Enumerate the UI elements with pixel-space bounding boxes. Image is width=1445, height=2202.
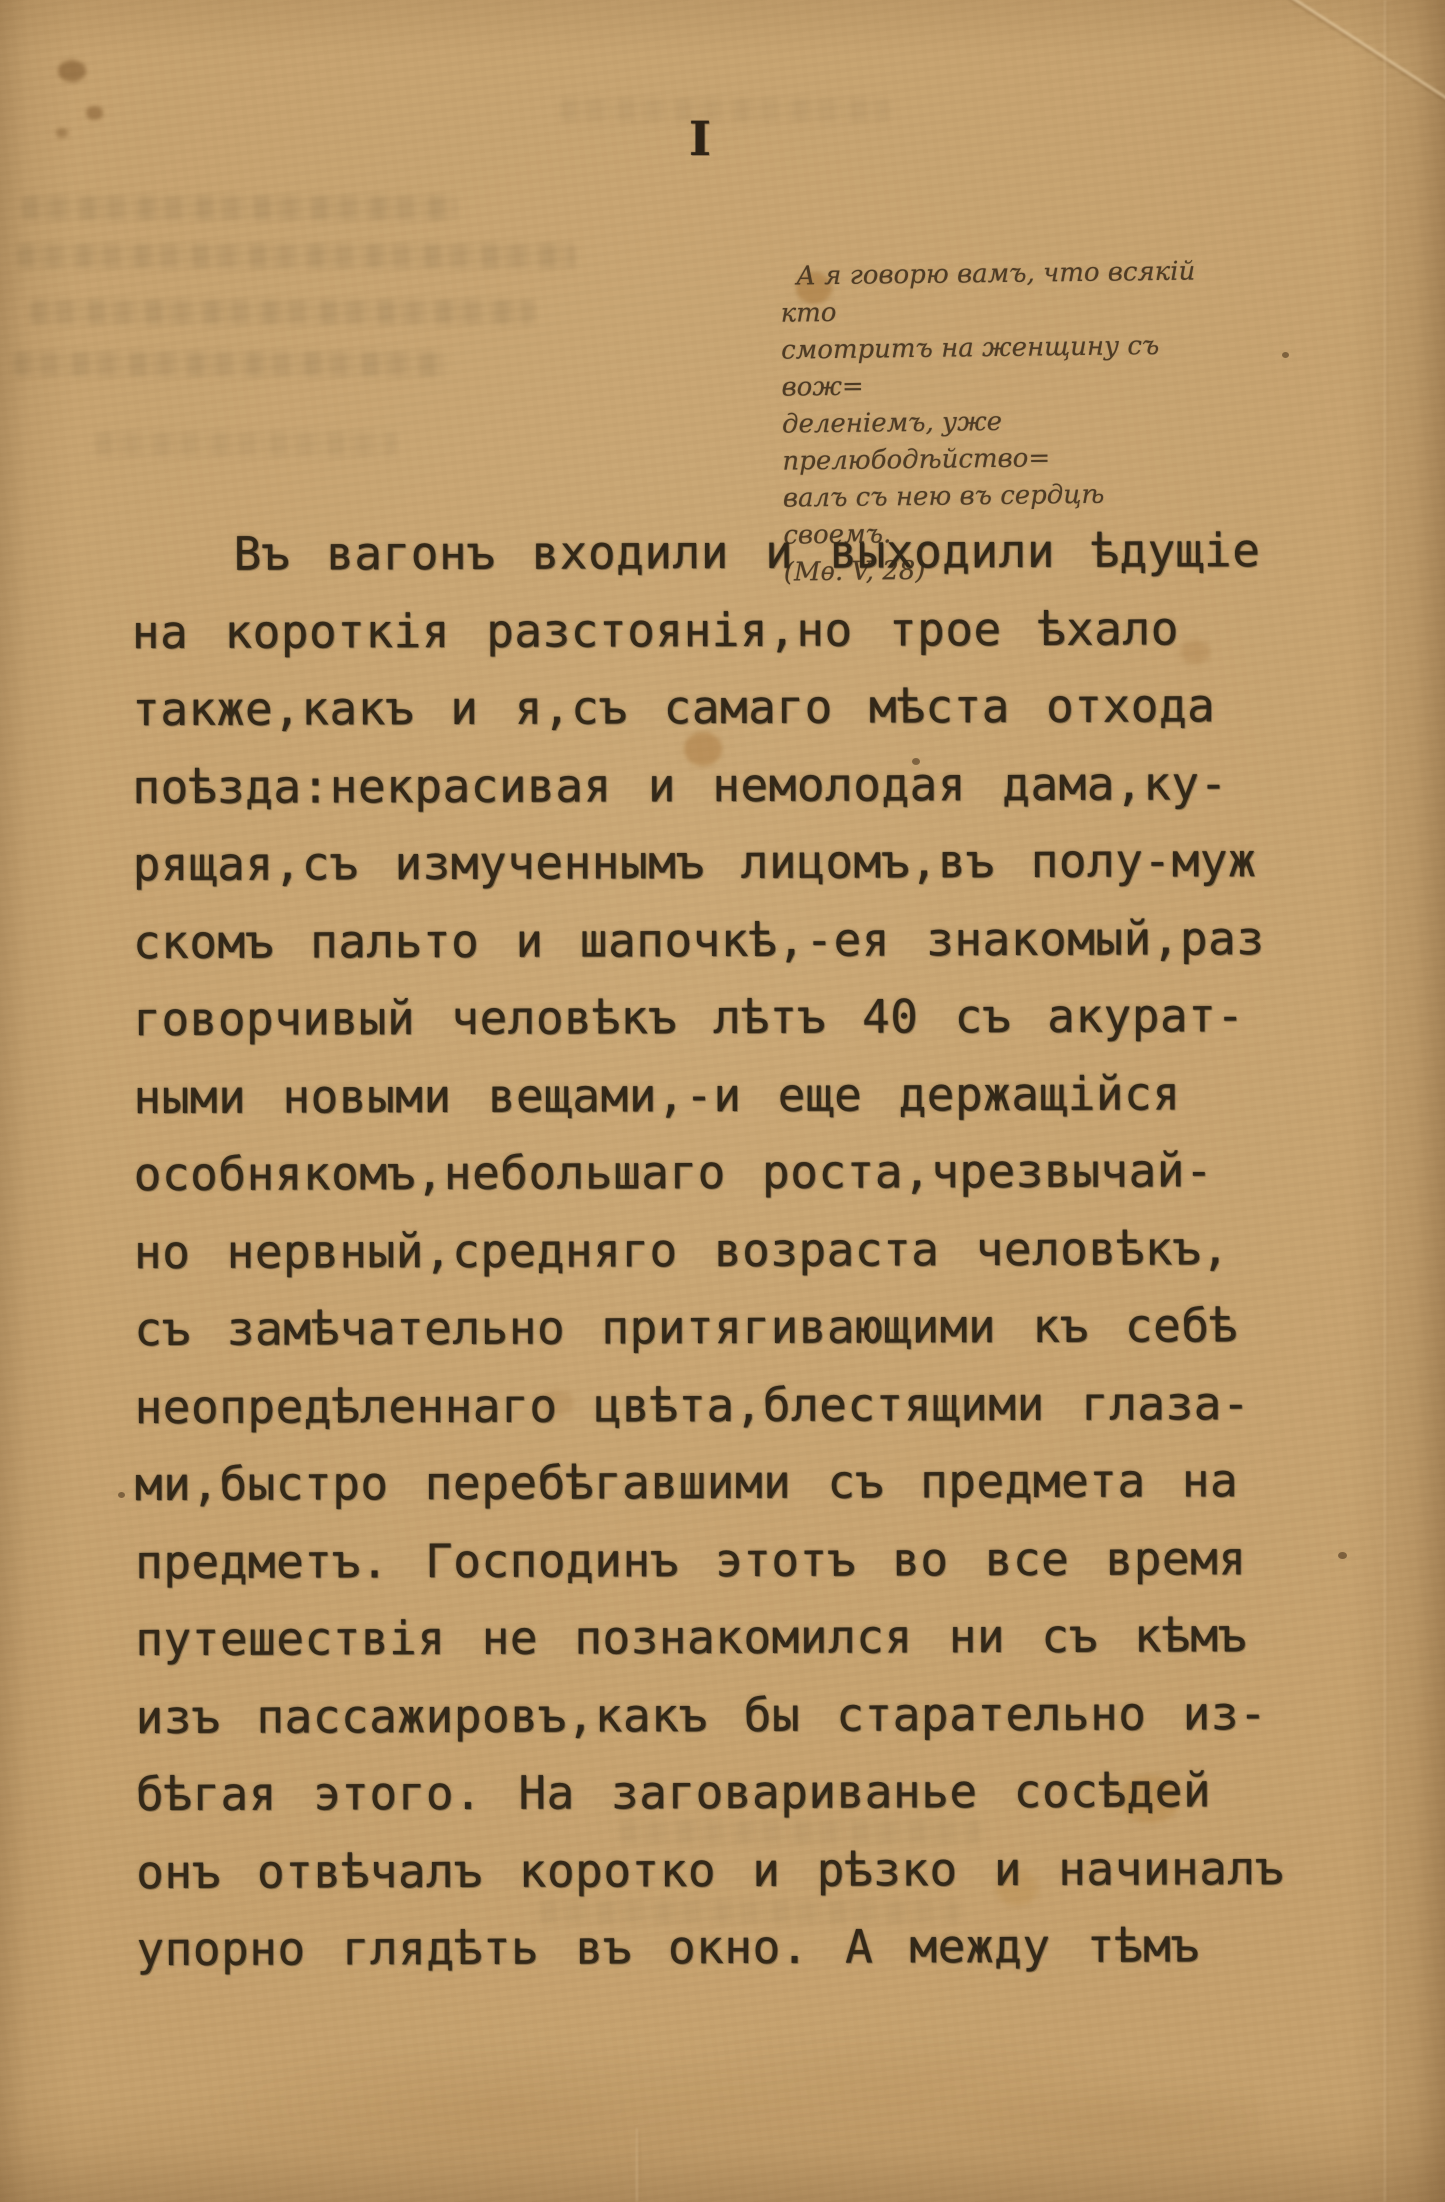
corner-fold-crease	[1266, 0, 1445, 111]
bleedthrough-smudge	[14, 352, 446, 376]
epigraph-line: А я говорю вамъ, что всякій кто	[780, 253, 1211, 332]
bottom-crease	[636, 2128, 638, 2202]
body-line: Въ вагонъ входили и выходили ѣдущіе	[131, 512, 1341, 594]
body-line: скомъ пальто и шапочкѣ,-ея знакомый,раз	[133, 899, 1343, 981]
epigraph-line: смотритъ на женщину съ вож=	[781, 327, 1212, 406]
bleedthrough-smudge	[96, 432, 396, 456]
body-line: путешествія не познакомился ни съ кѣмъ	[135, 1597, 1345, 1679]
body-line: на короткія разстоянія,но трое ѣхало	[132, 589, 1342, 671]
paper-stain	[58, 60, 86, 82]
paper-stain	[86, 106, 103, 120]
body-line: но нервный,средняго возраста человѣкъ,	[134, 1209, 1344, 1291]
paper-stain	[56, 128, 68, 138]
body-line: предметъ. Господинъ этотъ во все время	[135, 1519, 1345, 1601]
manuscript-page: I А я говорю вамъ, что всякій кто смотри…	[0, 0, 1445, 2202]
body-line: съ замѣчательно притягивающими къ себѣ	[134, 1287, 1344, 1369]
body-line: упорно глядѣть въ окно. А между тѣмъ	[136, 1907, 1346, 1989]
body-line: особнякомъ,небольшаго роста,чрезвычай-	[134, 1132, 1344, 1214]
bleedthrough-smudge	[22, 196, 457, 220]
body-line: бѣгая этого. На заговариванье сосѣдей	[136, 1752, 1346, 1834]
bleedthrough-smudge	[18, 244, 576, 268]
body-line: ными новыми вещами,-и еще держащійся	[133, 1054, 1343, 1136]
page-edge-crease	[1384, 0, 1386, 2202]
ink-speck	[118, 1492, 125, 1498]
body-line: рящая,съ измученнымъ лицомъ,въ полу-муж	[133, 822, 1343, 904]
body-line: поѣзда:некрасивая и немолодая дама,ку-	[132, 744, 1342, 826]
body-line: ми,быстро перебѣгавшими съ предмета на	[135, 1442, 1345, 1524]
body-text: Въ вагонъ входили и выходили ѣдущіе на к…	[131, 512, 1346, 1989]
body-line: также,какъ и я,съ самаго мѣста отхода	[132, 667, 1342, 749]
epigraph-line: деленіемъ, уже прелюбодѣйство=	[782, 401, 1213, 480]
body-line: говорчивый человѣкъ лѣтъ 40 съ акурат-	[133, 977, 1343, 1059]
page-number: I	[660, 112, 740, 167]
body-line: онъ отвѣчалъ коротко и рѣзко и начиналъ	[136, 1829, 1346, 1911]
body-line: неопредѣленнаго цвѣта,блестящими глаза-	[134, 1364, 1344, 1446]
ink-speck	[1282, 352, 1289, 358]
bleedthrough-smudge	[30, 300, 535, 324]
body-line: изъ пассажировъ,какъ бы старательно из-	[135, 1674, 1345, 1756]
bottom-mottling	[180, 2030, 1260, 2180]
